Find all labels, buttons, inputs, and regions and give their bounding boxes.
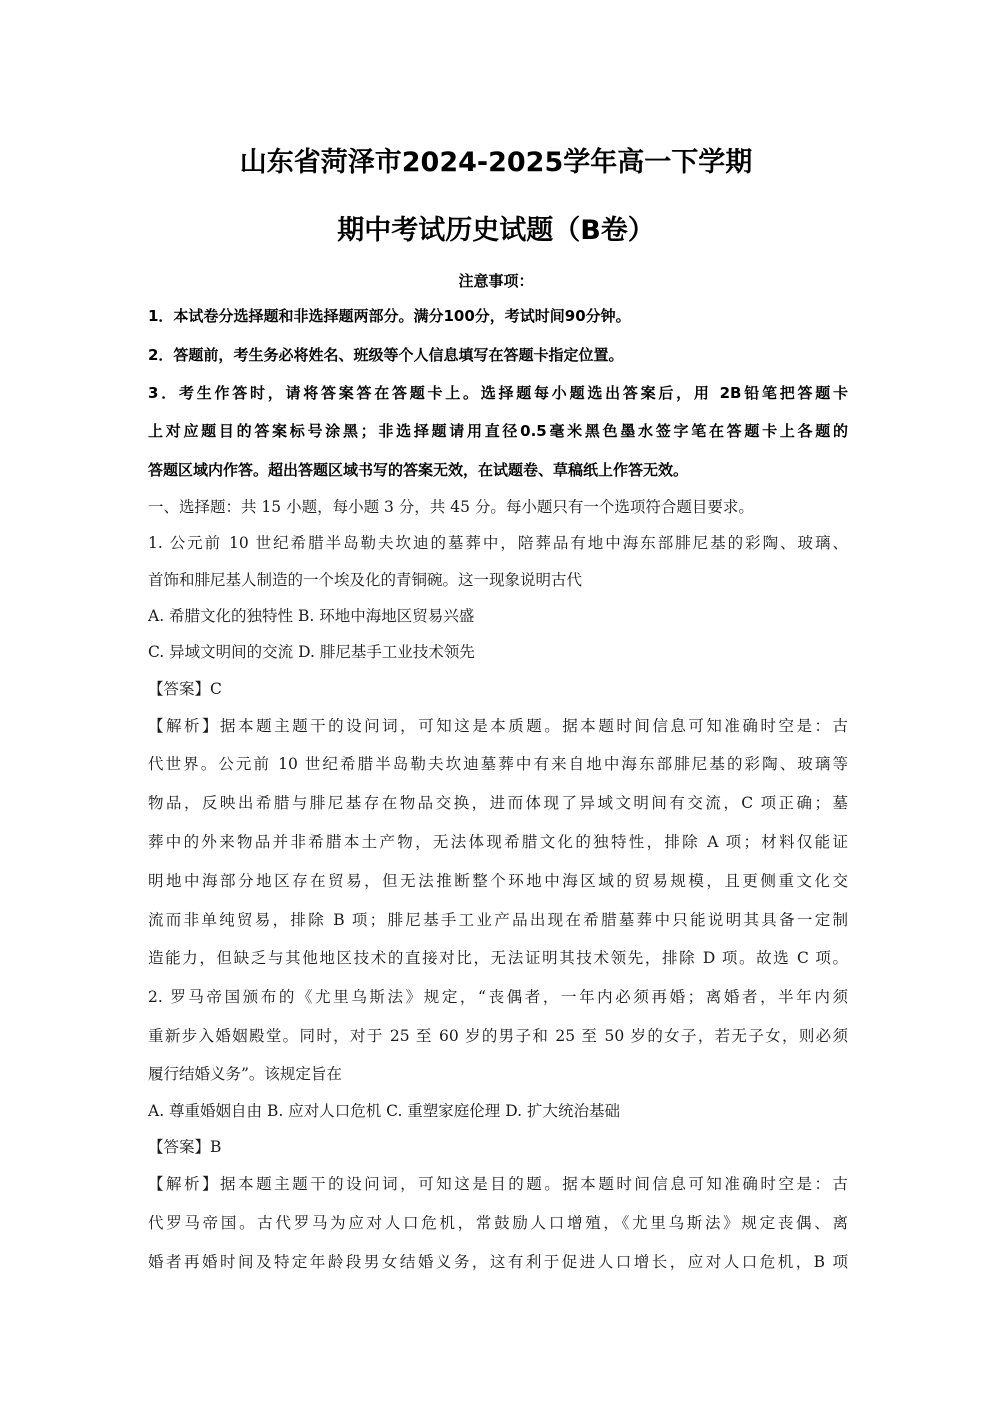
question-1-answer: 【答案】C xyxy=(148,679,848,699)
question-2-answer: 【答案】B xyxy=(148,1137,848,1157)
question-2-options-line-1: A. 尊重婚姻自由 B. 应对人口危机 C. 重塑家庭伦理 D. 扩大统治基础 xyxy=(148,1101,848,1121)
question-2-analysis-line-1: 【解析】据本题主题干的设问词，可知这是目的题。据本题时间信息可知准确时空是：古 xyxy=(148,1174,848,1194)
question-2-stem-line-3: 履行结婚义务”。该规定旨在 xyxy=(148,1064,848,1084)
question-1-options-line-1: A. 希腊文化的独特性 B. 环地中海地区贸易兴盛 xyxy=(148,606,848,626)
document-page: 山东省菏泽市2024-2025学年高一下学期 期中考试历史试题（B卷） 注意事项… xyxy=(0,0,992,1403)
notice-item-2: 2．答题前，考生务必将姓名、班级等个人信息填写在答题卡指定位置。 xyxy=(148,345,848,365)
question-1-options-line-2: C. 异域文明间的交流 D. 腓尼基手工业技术领先 xyxy=(148,642,848,662)
question-2-stem-line-1: 2. 罗马帝国颁布的《尤里乌斯法》规定，“丧偶者，一年内必须再婚；离婚者，半年内… xyxy=(148,987,848,1007)
question-1-analysis-line-3: 物品，反映出希腊与腓尼基存在物品交换，进而体现了异域文明间有交流，C 项正确；墓 xyxy=(148,793,848,813)
question-1-analysis-line-7: 造能力，但缺乏与其他地区技术的直接对比，无法证明其技术领先，排除 D 项。故选 … xyxy=(148,948,848,968)
question-1-analysis-line-2: 代世界。公元前 10 世纪希腊半岛勒夫坎迪墓葬中有来自地中海东部腓尼基的彩陶、玻… xyxy=(148,754,848,774)
notice-item-3-line-3: 答题区域内作答。超出答题区域书写的答案无效，在试题卷、草稿纸上作答无效。 xyxy=(148,460,848,480)
notice-item-3-line-2: 上对应题目的答案标号涂黑；非选择题请用直径0.5毫米黑色墨水签字笔在答题卡上各题… xyxy=(148,421,848,441)
notice-heading: 注意事项： xyxy=(0,270,992,291)
question-2-stem-line-2: 重新步入婚姻殿堂。同时，对于 25 至 60 岁的男子和 25 至 50 岁的女… xyxy=(148,1026,848,1046)
question-1-stem-line-1: 1. 公元前 10 世纪希腊半岛勒夫坎迪的墓葬中，陪葬品有地中海东部腓尼基的彩陶… xyxy=(148,533,848,553)
document-title-line-2: 期中考试历史试题（B卷） xyxy=(0,208,992,247)
notice-item-1: 1．本试卷分选择题和非选择题两部分。满分100分，考试时间90分钟。 xyxy=(148,306,848,326)
document-title-line-1: 山东省菏泽市2024-2025学年高一下学期 xyxy=(0,140,992,179)
question-1-analysis-line-1: 【解析】据本题主题干的设问词，可知这是本质题。据本题时间信息可知准确时空是：古 xyxy=(148,716,848,736)
notice-item-3-line-1: 3．考生作答时，请将答案答在答题卡上。选择题每小题选出答案后，用 2B铅笔把答题… xyxy=(148,383,848,403)
question-2-analysis-line-2: 代罗马帝国。古代罗马为应对人口危机，常鼓励人口增殖，《尤里乌斯法》规定丧偶、离 xyxy=(148,1213,848,1233)
question-2-analysis-line-3: 婚者再婚时间及特定年龄段男女结婚义务，这有利于促进人口增长，应对人口危机，B 项 xyxy=(148,1252,848,1272)
question-1-stem-line-2: 首饰和腓尼基人制造的一个埃及化的青铜碗。这一现象说明古代 xyxy=(148,570,848,590)
section-heading: 一、选择题：共 15 小题，每小题 3 分，共 45 分。每小题只有一个选项符合… xyxy=(148,497,848,517)
question-1-analysis-line-5: 明地中海部分地区存在贸易，但无法推断整个环地中海区域的贸易规模，且更侧重文化交 xyxy=(148,871,848,891)
question-1-analysis-line-6: 流而非单纯贸易，排除 B 项；腓尼基手工业产品出现在希腊墓葬中只能说明其具备一定… xyxy=(148,910,848,930)
question-1-analysis-line-4: 葬中的外来物品并非希腊本土产物，无法体现希腊文化的独特性，排除 A 项；材料仅能… xyxy=(148,832,848,852)
